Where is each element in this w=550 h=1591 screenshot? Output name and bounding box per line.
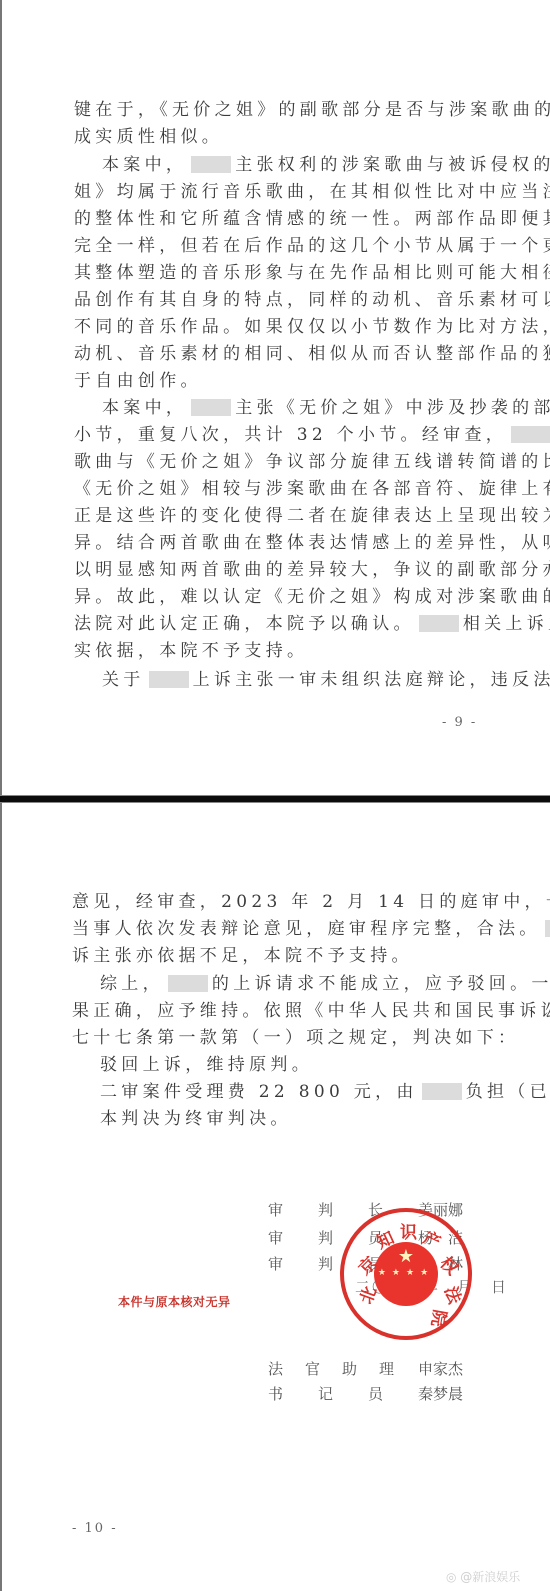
text-line: 成实质性相似。 xyxy=(74,127,476,147)
weibo-watermark: ◎ @新浪娱乐 xyxy=(446,1568,520,1585)
clerk-row: 书记员秦梦晨 xyxy=(268,1383,463,1404)
court-seal-stamp: ★ ★★★★ 北 京 知 识 产 权 法 院 xyxy=(340,1208,472,1340)
text-line: 二审案件受理费 22 800 元，由负担（已交纳）。 xyxy=(100,1082,474,1102)
text-line: 综上，的上诉请求不能成立，应予驳回。一审判决结 xyxy=(100,974,474,994)
text-line: 键在于，《无价之姐》的副歌部分是否与涉案歌曲的副歌部分构 xyxy=(74,100,476,120)
text-line: 法院对此认定正确，本院予以确认。相关上诉主张缺乏事 xyxy=(74,614,476,634)
text-line: 异。故此，难以认定《无价之姐》构成对涉案歌曲的抄袭。一审 xyxy=(74,587,476,607)
certification-note: 本件与原本核对无异 xyxy=(118,1293,231,1310)
text-line: 姐》均属于流行音乐歌曲，在其相似性比对中应当注重音乐作品 xyxy=(74,182,476,202)
text-line: 其整体塑造的音乐形象与在先作品相比则可能大相径庭。音乐作 xyxy=(74,263,476,283)
page-number: - 10 - xyxy=(72,1521,118,1536)
redaction-block xyxy=(191,156,231,173)
redaction-block xyxy=(545,920,550,937)
text-line: 诉主张亦依据不足，本院不予支持。 xyxy=(72,946,474,966)
page-number: - 9 - xyxy=(442,715,477,730)
text-line: 七十七条第一款第（一）项之规定，判决如下： xyxy=(72,1028,474,1048)
text-line: 以明显感知两首歌曲的差异较大，争议的副歌部分亦存在较大差 xyxy=(74,560,476,580)
text-line: 意见，经审查，2023 年 2 月 14 日的庭审中，一审法院已经要求 xyxy=(72,892,474,912)
text-line: 当事人依次发表辩论意见，庭审程序完整，合法。此项上 xyxy=(72,919,474,939)
clerk-name: 秦梦晨 xyxy=(418,1385,463,1403)
text-line: 本案中，主张《无价之姐》中涉及抄袭的部分为四个 xyxy=(102,398,476,418)
redaction-block xyxy=(149,671,189,688)
text-line: 完全一样，但若在后作品的这几个小节从属于一个更长的乐句， xyxy=(74,236,476,256)
text-line: 《无价之姐》相较与涉案歌曲在各部音符、旋律上有些许的变化， xyxy=(74,479,476,499)
redaction-block xyxy=(422,1083,462,1100)
text-line: 本判决为终审判决。 xyxy=(100,1109,474,1129)
clerk-name: 申家杰 xyxy=(418,1360,463,1378)
redaction-block xyxy=(168,975,208,992)
redaction-block xyxy=(191,399,231,416)
text-line: 的整体性和它所蕴含情感的统一性。两部作品即便其中几个小节 xyxy=(74,209,476,229)
clerk-role: 法官助理 xyxy=(268,1358,418,1379)
text-line: 驳回上诉，维持原判。 xyxy=(100,1055,474,1075)
page-separator xyxy=(0,795,550,803)
text-line: 正是这些许的变化使得二者在旋律表达上呈现出较为明显的差 xyxy=(74,506,476,526)
text-line: 小节，重复八次，共计 32 个小节。经审查，提供的涉案 xyxy=(74,425,476,445)
text-line: 本案中，主张权利的涉案歌曲与被诉侵权的《无价之 xyxy=(102,155,476,175)
text-line: 果正确，应予维持。依照《中华人民共和国民事诉讼法》第一百 xyxy=(72,1001,474,1021)
text-line: 于自由创作。 xyxy=(74,371,476,391)
text-line: 歌曲与《无价之姐》争议部分旋律五线谱转简谱的比对表可知， xyxy=(74,452,476,472)
text-line: 异。结合两首歌曲在整体表达情感上的差异性，从听觉效果上可 xyxy=(74,533,476,553)
document-page-9: 键在于，《无价之姐》的副歌部分是否与涉案歌曲的副歌部分构 成实质性相似。 本案中… xyxy=(0,0,550,795)
weibo-logo-icon: ◎ xyxy=(446,1570,460,1584)
clerk-row: 法官助理申家杰 xyxy=(268,1358,463,1379)
redaction-block xyxy=(419,615,459,632)
text-line: 实依据，本院不予支持。 xyxy=(74,641,476,661)
text-line: 品创作有其自身的特点，同样的动机、音乐素材可以发展出完全 xyxy=(74,290,476,310)
redaction-block xyxy=(511,426,550,443)
text-line: 不同的音乐作品。如果仅仅以小节数作为比对方法，将可能因为 xyxy=(74,317,476,337)
text-line: 关于上诉主张一审未组织法庭辩论，违反法定程序的 xyxy=(102,670,476,690)
text-line: 动机、音乐素材的相同、相似从而否认整部作品的独创性，不利 xyxy=(74,344,476,364)
clerk-role: 书记员 xyxy=(268,1383,418,1404)
